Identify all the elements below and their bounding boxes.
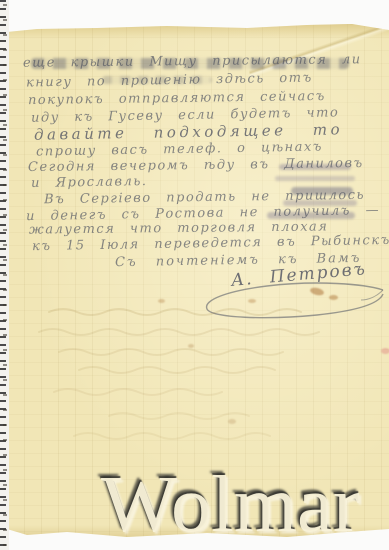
pink-smudge [381,348,389,354]
ink-stain [158,299,165,303]
letter-paper: еще крышки Мищу присылаются ли книгу по … [7,24,389,537]
ink-stain [248,299,256,303]
handwriting-line: книгу по прошенію здѣсь отъ [26,70,313,90]
letter-scan: еще крышки Мищу присылаются ли книгу по … [0,0,389,550]
torn-perforation-edge [0,0,9,550]
wolmar-watermark: Wolmar [101,464,360,545]
reverse-side-bleedthrough [19,304,384,444]
ink-stain [329,295,338,300]
handwriting-line: Сегодня вечеромъ ѣду въ Даниловъ [28,156,364,175]
handwriting-line: покупокъ отправляются сейчасъ [28,89,326,108]
foxing-spot [188,344,194,348]
foxing-spot [228,419,236,424]
letterhead-bleedthrough [275,176,355,181]
handwriting-line: и Ярославль. [31,174,148,191]
